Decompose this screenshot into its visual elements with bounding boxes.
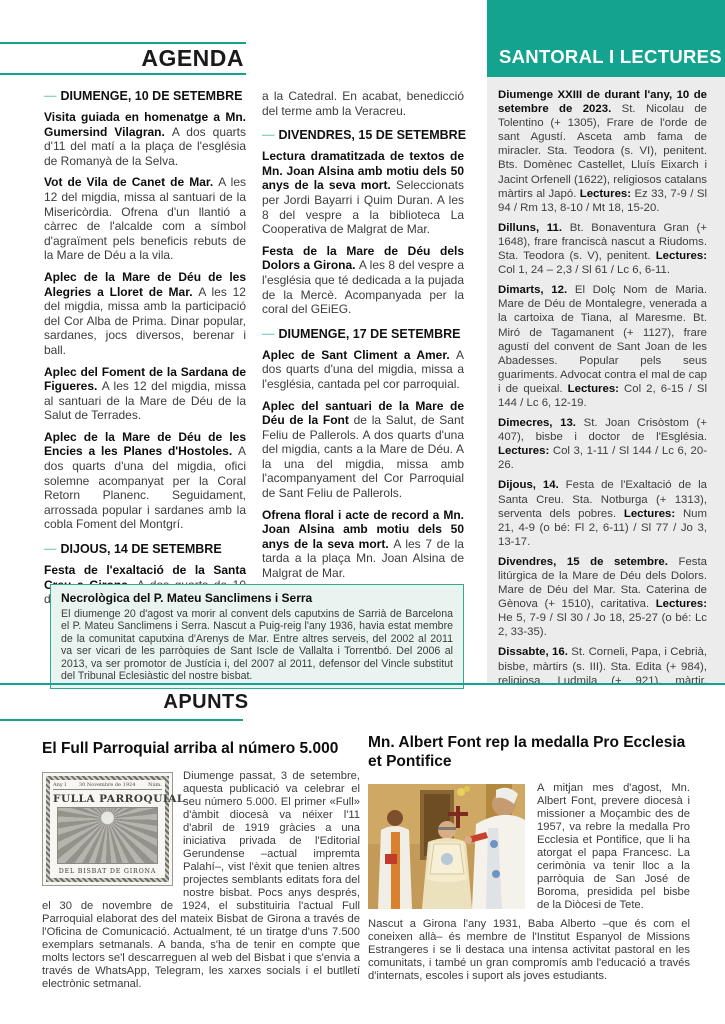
apunts-title: APUNTS bbox=[0, 691, 412, 714]
article2-body-2: Nascut a Girona l'any 1931, Baba Alberto… bbox=[368, 918, 690, 983]
newspaper-meta-right: Núm. bbox=[148, 782, 162, 788]
santoral-entry: Dissabte, 16. St. Corneli, Papa, i Cebri… bbox=[498, 645, 707, 684]
santoral-entry-lead: Dimarts, 12. bbox=[498, 284, 575, 296]
agenda-column-left: —DIUMENGE, 10 DE SETEMBREVisita guiada e… bbox=[44, 89, 246, 614]
article1-title: El Full Parroquial arriba al número 5.00… bbox=[42, 740, 360, 759]
santoral-lectures-label: Lectures: bbox=[568, 383, 624, 395]
necrologica-body: El diumenge 20 d'agost va morir al conve… bbox=[61, 608, 453, 682]
agenda-item: Aplec de la Mare de Déu de les Alegries … bbox=[44, 270, 246, 358]
santoral-entry-lead: Divendres, 15 de setembre. bbox=[498, 556, 679, 568]
agenda-item: Aplec del Foment de la Sardana de Figuer… bbox=[44, 365, 246, 423]
agenda-date-text: DIUMENGE, 17 DE SETEMBRE bbox=[279, 327, 461, 341]
santoral-entry-lead: Dilluns, 11. bbox=[498, 222, 570, 234]
date-dash-icon: — bbox=[262, 128, 273, 142]
santoral-entry-lead: Dissabte, 16. bbox=[498, 646, 571, 658]
santoral-entry: Diumenge XXIII de durant l'any, 10 de se… bbox=[498, 88, 707, 215]
article-full-parroquial: El Full Parroquial arriba al número 5.00… bbox=[42, 740, 360, 997]
santoral-entry: Dimarts, 12. El Dolç Nom de Maria. Mare … bbox=[498, 283, 707, 410]
agenda-item-lead: Vot de Vila de Canet de Mar. bbox=[44, 175, 218, 189]
newspaper-meta-center: 30 Novembre de 1924 bbox=[79, 782, 135, 788]
agenda-item: Aplec de Sant Climent a Amer. A dos quar… bbox=[262, 348, 464, 392]
agenda-title: AGENDA bbox=[0, 44, 246, 73]
apunts-underline bbox=[0, 719, 243, 721]
date-dash-icon: — bbox=[44, 542, 55, 556]
agenda-item: Aplec del santuari de la Mare de Déu de … bbox=[262, 399, 464, 501]
ceremony-photo-image bbox=[368, 784, 525, 909]
santoral-title: SANTORAL I LECTURES bbox=[499, 46, 722, 68]
article-albert-font: Mn. Albert Font rep la medalla Pro Eccle… bbox=[368, 734, 690, 989]
santoral-entry-lead: Dijous, 14. bbox=[498, 479, 566, 491]
newspaper-meta-row: Any I 30 Novembre de 1924 Núm. bbox=[53, 782, 162, 790]
agenda-item: Vot de Vila de Canet de Mar. A les 12 de… bbox=[44, 175, 246, 263]
agenda-date-heading: —DIUMENGE, 10 DE SETEMBRE bbox=[44, 89, 246, 103]
agenda-item-lead: Ofrena floral i acte de record a Mn. Joa… bbox=[262, 508, 464, 551]
santoral-lectures-label: Lectures: bbox=[656, 250, 707, 262]
agenda-item: Visita guiada en homenatge a Mn. Gumersi… bbox=[44, 110, 246, 168]
fulla-parroquial-cover-image: Any I 30 Novembre de 1924 Núm. FULLA PAR… bbox=[42, 772, 173, 886]
newspaper-masthead: FULLA PARROQUIAL bbox=[53, 793, 162, 805]
agenda-item-lead: Aplec del santuari de la Mare de Déu de … bbox=[262, 399, 464, 428]
article2-title: Mn. Albert Font rep la medalla Pro Eccle… bbox=[368, 734, 690, 771]
santoral-entry: Dimecres, 13. St. Joan Crisòstom (+ 407)… bbox=[498, 416, 707, 472]
newspaper-meta-left: Any I bbox=[53, 782, 66, 788]
newspaper-frame: Any I 30 Novembre de 1924 Núm. FULLA PAR… bbox=[46, 776, 169, 882]
date-dash-icon: — bbox=[44, 89, 55, 103]
agenda-header: AGENDA bbox=[0, 42, 246, 75]
agenda-date-text: DIUMENGE, 10 DE SETEMBRE bbox=[61, 89, 243, 103]
agenda-date-text: DIJOUS, 14 DE SETEMBRE bbox=[61, 542, 222, 556]
agenda-item-lead: Visita guiada en homenatge a Mn. Gumersi… bbox=[44, 110, 246, 139]
necrologica-box: Necrològica del P. Mateu Sanclimens i Se… bbox=[50, 584, 464, 689]
agenda-column-middle: a la Catedral. En acabat, benedicció del… bbox=[262, 89, 464, 588]
agenda-item: Festa de la Mare de Déu dels Dolors a Gi… bbox=[262, 244, 464, 317]
santoral-panel: Diumenge XXIII de durant l'any, 10 de se… bbox=[487, 77, 725, 684]
agenda-date-heading: —DIJOUS, 14 DE SETEMBRE bbox=[44, 542, 246, 556]
date-dash-icon: — bbox=[262, 327, 273, 341]
agenda-item: Aplec de la Mare de Déu de les Encies a … bbox=[44, 430, 246, 532]
santoral-lectures-label: Lectures: bbox=[580, 188, 635, 200]
agenda-item: Ofrena floral i acte de record a Mn. Joa… bbox=[262, 508, 464, 581]
bulletin-page: AGENDA —DIUMENGE, 10 DE SETEMBREVisita g… bbox=[0, 0, 725, 1024]
agenda-item-lead: Aplec de Sant Climent a Amer. bbox=[262, 348, 456, 362]
agenda-item: Lectura dramatitzada de textos de Mn. Jo… bbox=[262, 149, 464, 237]
santoral-entry: Divendres, 15 de setembre. Festa litúrgi… bbox=[498, 555, 707, 640]
agenda-date-text: DIVENDRES, 15 DE SETEMBRE bbox=[279, 128, 467, 142]
necrologica-title: Necrològica del P. Mateu Sanclimens i Se… bbox=[61, 591, 453, 605]
agenda-item-lead: Aplec del Foment de la Sardana de Figuer… bbox=[44, 365, 246, 394]
santoral-lectures-label: Lectures: bbox=[624, 508, 683, 520]
section-divider-line bbox=[0, 683, 725, 685]
agenda-item-lead: Aplec de la Mare de Déu de les Alegries … bbox=[44, 270, 246, 299]
santoral-entry-lead: Dimecres, 13. bbox=[498, 417, 584, 429]
santoral-entry: Dijous, 14. Festa de l'Exaltació de la S… bbox=[498, 478, 707, 548]
santoral-lectures-label: Lectures: bbox=[498, 445, 553, 457]
santoral-entry-lead: Diumenge XXIII de durant l'any, 10 de se… bbox=[498, 89, 707, 115]
newspaper-subtitle: DEL BISBAT DE GIRONA bbox=[53, 868, 162, 875]
agenda-item-lead: Lectura dramatitzada de textos de Mn. Jo… bbox=[262, 149, 464, 192]
agenda-date-heading: —DIUMENGE, 17 DE SETEMBRE bbox=[262, 327, 464, 341]
agenda-date-heading: —DIVENDRES, 15 DE SETEMBRE bbox=[262, 128, 464, 142]
agenda-item-lead: Aplec de la Mare de Déu de les Encies a … bbox=[44, 430, 246, 459]
santoral-entry: Dilluns, 11. Bt. Bonaventura Gran (+ 164… bbox=[498, 221, 707, 277]
agenda-item-lead: Festa de la Mare de Déu dels Dolors a Gi… bbox=[262, 244, 464, 273]
agenda-item: a la Catedral. En acabat, benedicció del… bbox=[262, 89, 464, 118]
santoral-lectures-label: Lectures: bbox=[656, 598, 707, 610]
santoral-header: SANTORAL I LECTURES bbox=[487, 0, 725, 77]
newspaper-engraving-image bbox=[57, 807, 158, 864]
